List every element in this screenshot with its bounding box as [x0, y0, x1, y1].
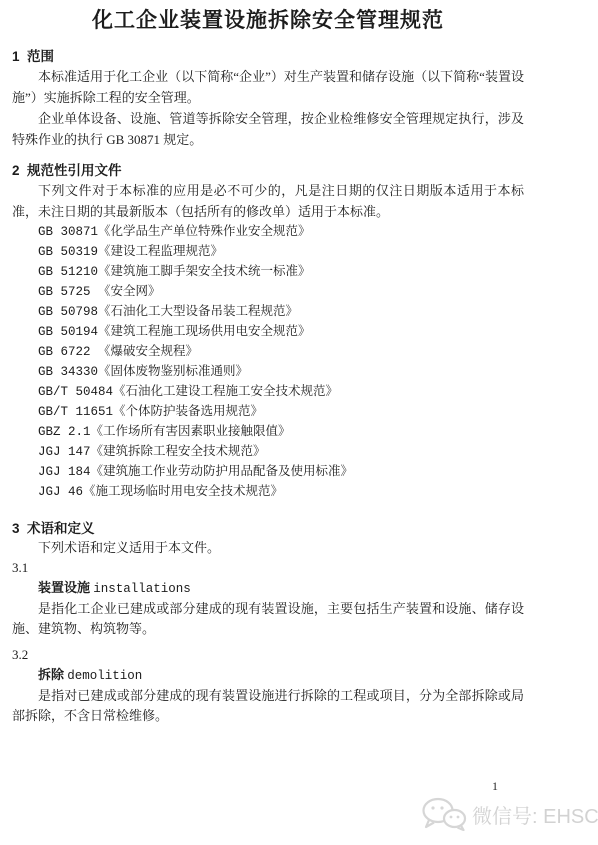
- document-title: 化工企业装置设施拆除安全管理规范: [12, 6, 524, 36]
- scope-paragraph-1: 本标准适用于化工企业（以下简称“企业”）对生产装置和储存设施（以下简称“装置设施…: [12, 66, 524, 108]
- term-number-3-1: 3.1: [12, 558, 524, 578]
- document-page: { "doc": { "title": "化工企业装置设施拆除安全管理规范", …: [0, 0, 598, 845]
- terms-intro: 下列术语和定义适用于本文件。: [12, 538, 524, 558]
- reference-item: GB 5725 《安全网》: [38, 282, 524, 302]
- section-2-heading: 2 规范性引用文件: [12, 162, 524, 180]
- term-en-installations: installations: [93, 582, 191, 596]
- reference-item: GB/T 50484《石油化工建设工程施工安全技术规范》: [38, 382, 524, 402]
- watermark-label: 微信号: EHSCity: [472, 802, 598, 832]
- scope-paragraph-2: 企业单体设备、设施、管道等拆除安全管理，按企业检维修安全管理规定执行，涉及特殊作…: [12, 108, 524, 150]
- reference-item: GB 51210《建筑施工脚手架安全技术统一标准》: [38, 262, 524, 282]
- references-intro: 下列文件对于本标准的应用是必不可少的，凡是注日期的仅注日期版本适用于本标准，未注…: [12, 180, 524, 222]
- reference-item: JGJ 46《施工现场临时用电安全技术规范》: [38, 482, 524, 502]
- reference-item: GB/T 11651《个体防护装备选用规范》: [38, 402, 524, 422]
- term-title-3-2: 拆除 demolition: [12, 665, 524, 686]
- wechat-icon: [421, 797, 467, 836]
- section-3-heading: 3 术语和定义: [12, 520, 524, 538]
- reference-item: GB 50319《建设工程监理规范》: [38, 242, 524, 262]
- reference-item: GB 50798《石油化工大型设备吊装工程规范》: [38, 302, 524, 322]
- term-en-demolition: demolition: [67, 669, 142, 683]
- reference-item: JGJ 147《建筑拆除工程安全技术规范》: [38, 442, 524, 462]
- section-1-heading: 1 范围: [12, 48, 524, 66]
- reference-item: GB 50194《建筑工程施工现场供用电安全规范》: [38, 322, 524, 342]
- reference-item: JGJ 184《建筑施工作业劳动防护用品配备及使用标准》: [38, 462, 524, 482]
- wechat-watermark: 微信号: EHSCity: [421, 797, 598, 836]
- term-definition-3-1: 是指化工企业已建成或部分建成的现有装置设施，主要包括生产装置和设施、储存设施、建…: [12, 599, 524, 639]
- page-number: 1: [492, 779, 498, 793]
- term-title-3-1: 装置设施 installations: [12, 578, 524, 599]
- reference-item: GBZ 2.1《工作场所有害因素职业接触限值》: [38, 422, 524, 442]
- term-definition-3-2: 是指对已建成或部分建成的现有装置设施进行拆除的工程或项目，分为全部拆除或局部拆除…: [12, 686, 524, 726]
- term-cn-installations: 装置设施: [38, 580, 90, 595]
- reference-item: GB 34330《固体废物鉴别标准通则》: [38, 362, 524, 382]
- reference-item: GB 6722 《爆破安全规程》: [38, 342, 524, 362]
- references-list: GB 30871《化学品生产单位特殊作业安全规范》 GB 50319《建设工程监…: [12, 222, 524, 502]
- term-number-3-2: 3.2: [12, 645, 524, 665]
- reference-item: GB 30871《化学品生产单位特殊作业安全规范》: [38, 222, 524, 242]
- page-content: 化工企业装置设施拆除安全管理规范 1 范围 本标准适用于化工企业（以下简称“企业…: [12, 0, 524, 726]
- term-cn-demolition: 拆除: [38, 667, 64, 682]
